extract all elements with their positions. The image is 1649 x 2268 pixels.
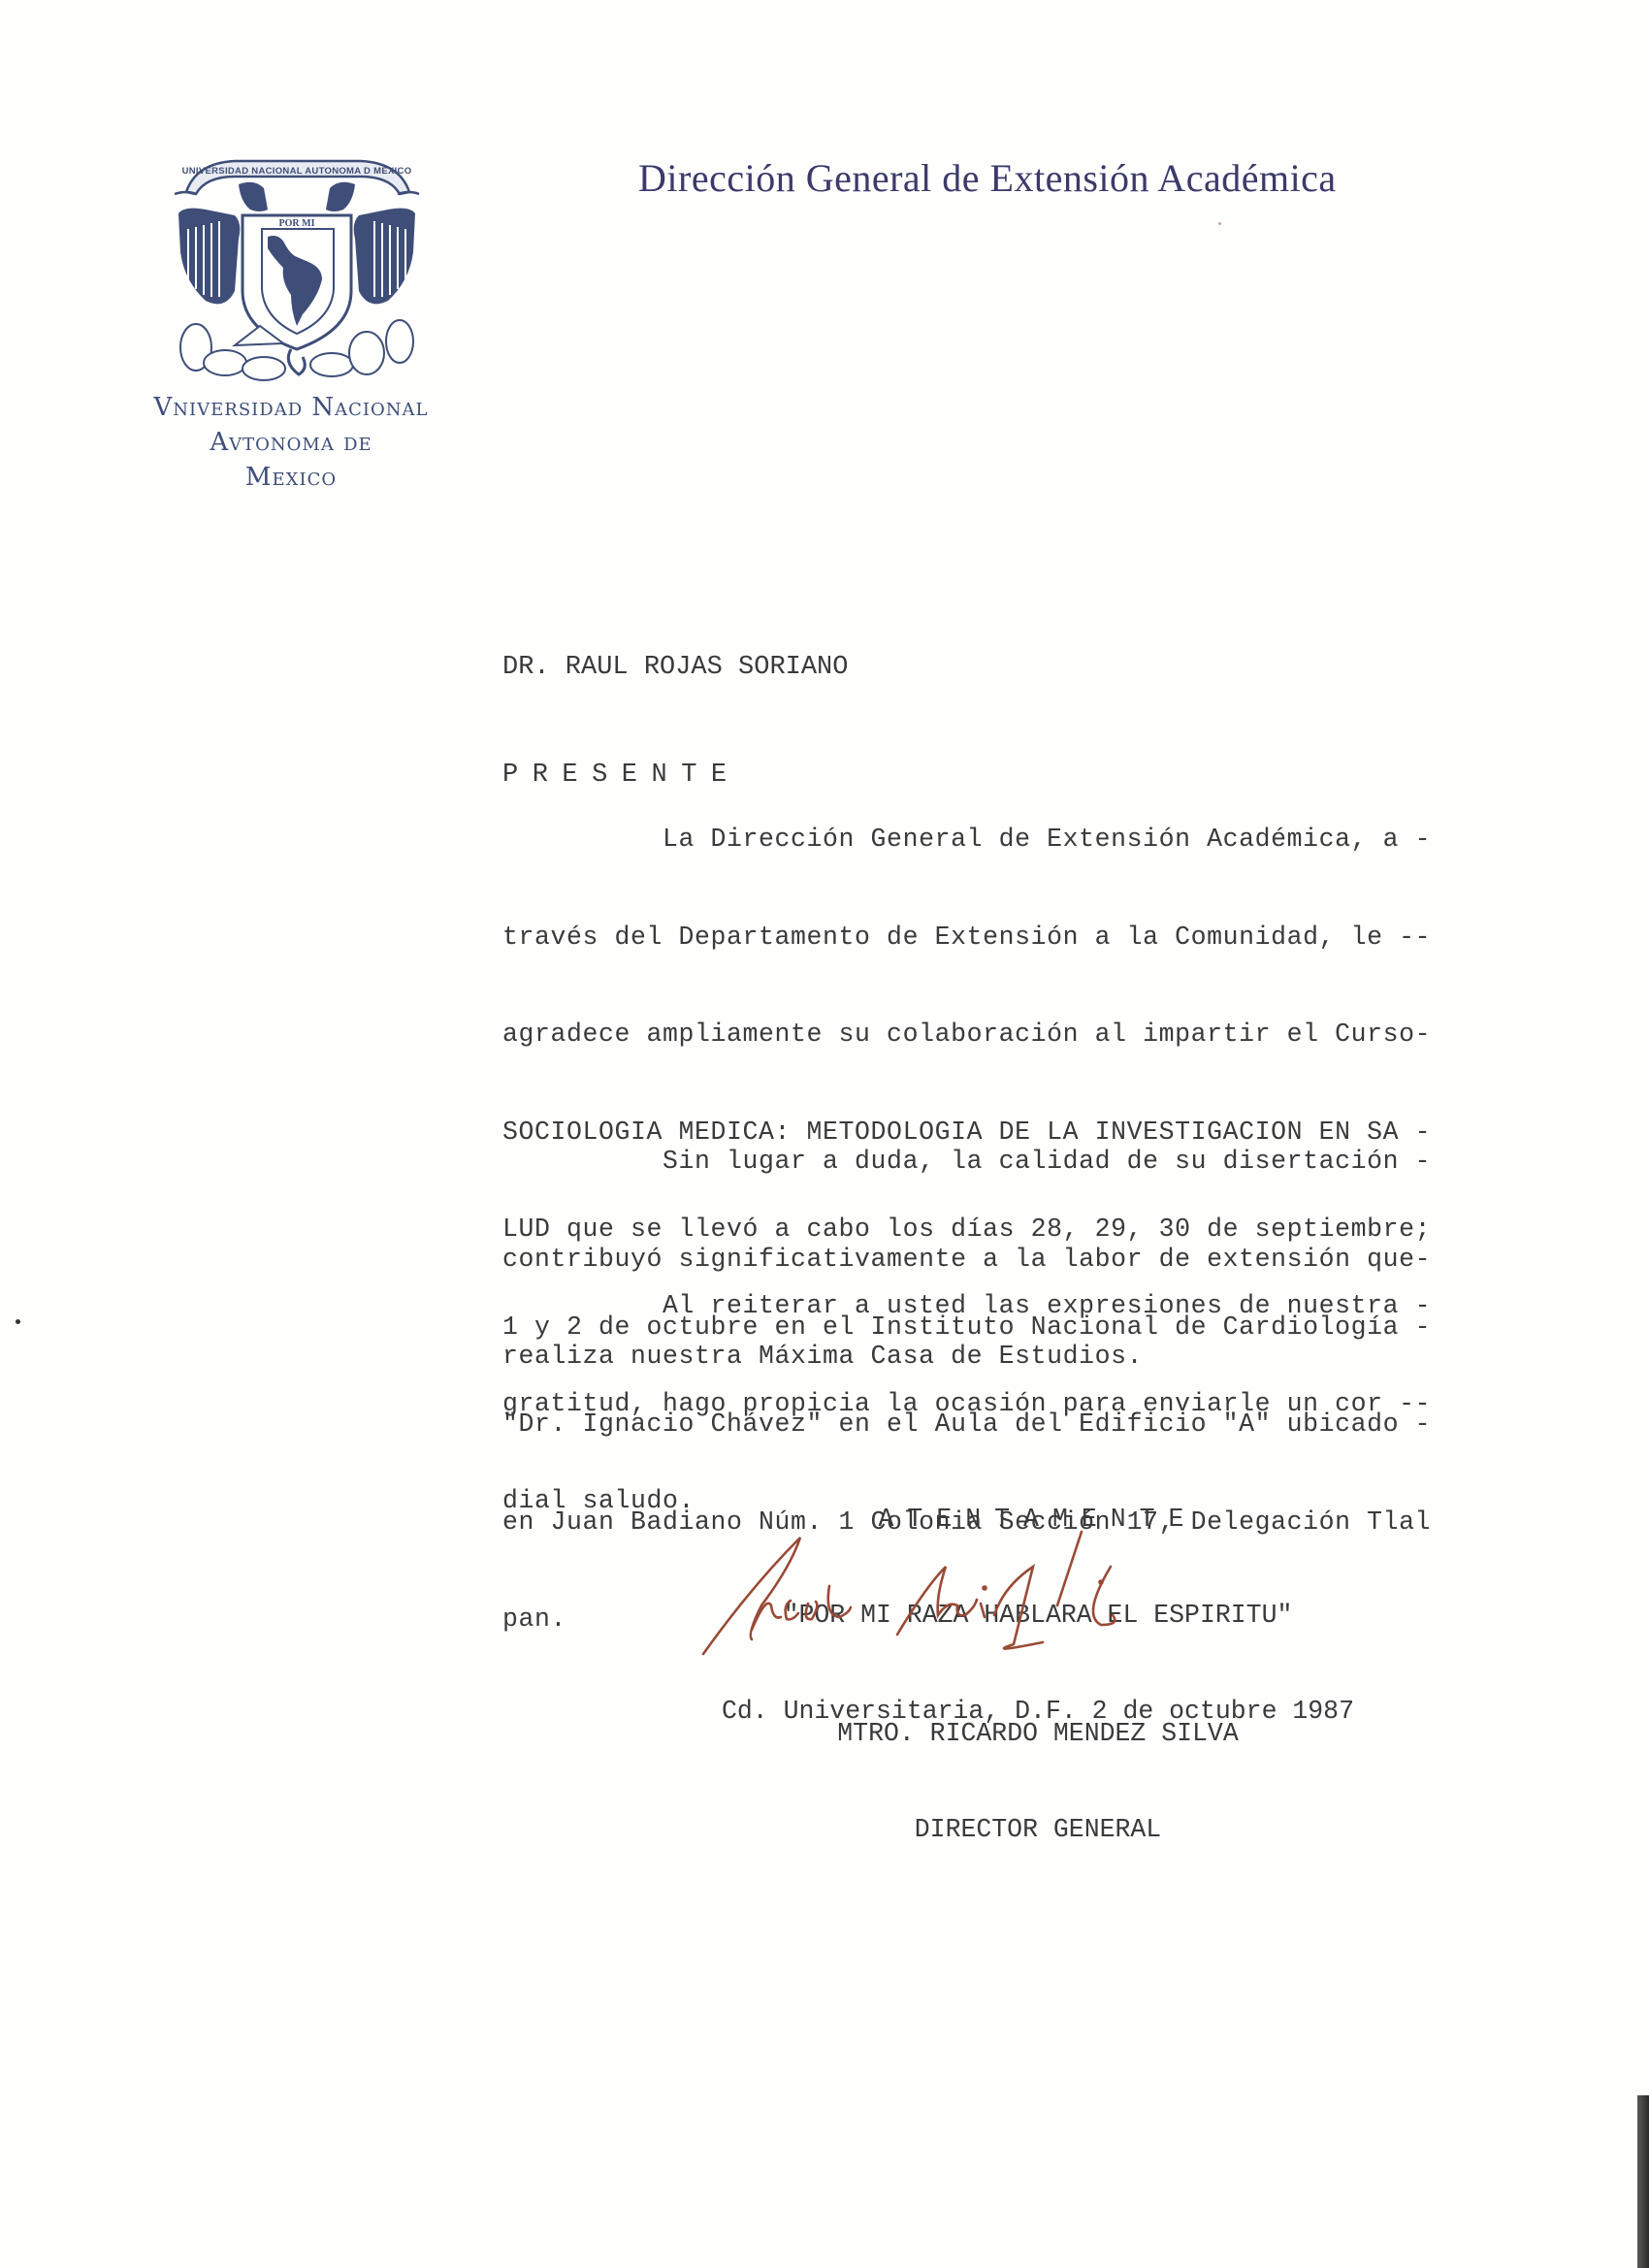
department-header: Dirección General de Extensión Académica bbox=[638, 155, 1337, 201]
letter-page: UNIVERSIDAD NACIONAL AUTONOMA D MEXICO P… bbox=[0, 0, 1649, 2268]
signer-block: MTRO. RICARDO MENDEZ SILVA DIRECTOR GENE… bbox=[679, 1654, 1397, 1910]
scan-edge-shadow bbox=[1637, 2095, 1649, 2268]
text-line: Al reiterar a usted las expresiones de n… bbox=[502, 1290, 1431, 1323]
text-line: Sin lugar a duda, la calidad de su diser… bbox=[502, 1146, 1431, 1179]
signer-title: DIRECTOR GENERAL bbox=[679, 1814, 1397, 1846]
university-name-line-3: Mexico bbox=[116, 460, 466, 495]
unam-crest-icon: UNIVERSIDAD NACIONAL AUTONOMA D MEXICO P… bbox=[167, 155, 427, 383]
university-name-line-2: Avtonoma de bbox=[116, 425, 466, 460]
text-line: gratitud, hago propicia la ocasión para … bbox=[502, 1388, 1431, 1421]
text-line: La Dirección General de Extensión Académ… bbox=[502, 824, 1431, 857]
signer-name: MTRO. RICARDO MENDEZ SILVA bbox=[679, 1718, 1397, 1750]
text-line: través del Departamento de Extensión a l… bbox=[502, 922, 1431, 955]
university-name: Vniversidad Nacional Avtonoma de Mexico bbox=[116, 390, 466, 495]
svg-text:POR MI: POR MI bbox=[279, 218, 315, 229]
paper-mark bbox=[16, 1319, 20, 1324]
paper-speck bbox=[1218, 222, 1221, 225]
text-line: agradece ampliamente su colaboración al … bbox=[502, 1019, 1431, 1052]
svg-text:UNIVERSIDAD NACIONAL AUTONOMA: UNIVERSIDAD NACIONAL AUTONOMA D MEXICO bbox=[182, 166, 412, 177]
handwritten-signature-icon bbox=[694, 1528, 1237, 1673]
university-name-line-1: Vniversidad Nacional bbox=[116, 390, 466, 425]
recipient-name: DR. RAUL ROJAS SORIANO bbox=[502, 650, 848, 686]
